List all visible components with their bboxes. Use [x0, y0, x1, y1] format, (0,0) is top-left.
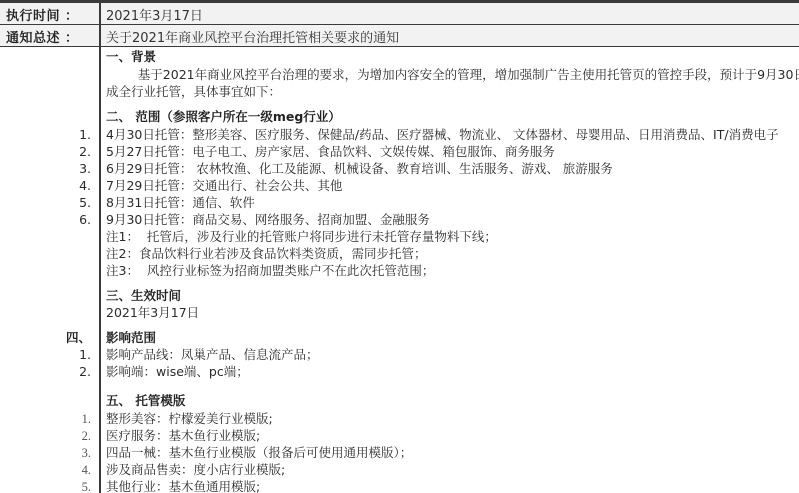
- scope-item-number: 5.: [79, 195, 91, 211]
- summary-value: 关于2021年商业风控平台治理托管相关要求的通知: [106, 27, 399, 46]
- scope-item-number: 2.: [79, 144, 91, 160]
- impact-item: 影响端：wise端、pc端；: [106, 364, 249, 380]
- scope-note: 注3： 风控行业标签为招商加盟类账户不在此次托管范围；: [106, 263, 434, 279]
- scope-item: 4月30日托管：整形美容、医疗服务、保健品/药品、医疗器械、物流业、 文体器材、…: [106, 127, 779, 143]
- column-divider: [99, 3, 101, 493]
- exec-time-value: 2021年3月17日: [106, 5, 203, 24]
- scope-item: 6月29日托管： 农林牧渔、化工及能源、机械设备、教育培训、生活服务、游戏、 旅…: [106, 161, 613, 177]
- template-item-number: 2.: [82, 428, 91, 444]
- template-item-number: 5.: [82, 479, 91, 493]
- section-scope-title: 二、 范围（参照客户所在一级meg行业）: [106, 109, 341, 125]
- section-impact-title: 影响范围: [106, 330, 156, 346]
- impact-item-number: 1.: [79, 347, 91, 363]
- background-paragraph-line1: 基于2021年商业风控平台治理的要求，为增加内容安全的管理，增加强制广告主使用托…: [106, 67, 799, 83]
- template-item: 涉及商品售卖：度小店行业模版;: [106, 462, 285, 478]
- template-item-number: 1.: [82, 411, 91, 427]
- scope-item-number: 1.: [79, 127, 91, 143]
- summary-row: 通知总述 ： 关于2021年商业风控平台治理托管相关要求的通知: [0, 25, 799, 47]
- scope-item-number: 3.: [79, 161, 91, 177]
- template-item: 医疗服务：基木鱼行业模版;: [106, 428, 260, 444]
- summary-label: 通知总述 ：: [6, 27, 79, 46]
- scope-item: 7月29日托管：交通出行、社会公共、其他: [106, 178, 342, 194]
- scope-note: 注2：食品饮料行业若涉及食品饮料类资质，需同步托管；: [106, 246, 426, 262]
- exec-time-row: 执行时间 ： 2021年3月17日: [0, 3, 799, 25]
- exec-time-label: 执行时间 ：: [6, 5, 79, 24]
- scope-note: 注1： 托管后，涉及行业的托管账户将同步进行未托管存量物料下线；: [106, 229, 497, 245]
- template-item-number: 3.: [82, 445, 91, 461]
- section-templates-title: 五、 托管模版: [106, 393, 185, 409]
- template-item: 其他行业：基木鱼通用模版;: [106, 479, 260, 493]
- impact-prefix: 四、: [66, 330, 91, 346]
- template-item-number: 4.: [82, 462, 91, 478]
- template-item: 四品一械：基木鱼行业模版（报备后可使用通用模版）；: [106, 445, 412, 461]
- impact-item-number: 2.: [79, 364, 91, 380]
- scope-item: 9月30日托管：商品交易、网络服务、招商加盟、金融服务: [106, 212, 430, 228]
- scope-item: 8月31日托管：通信、软件: [106, 195, 255, 211]
- section-background-title: 一、背景: [106, 49, 156, 65]
- scope-item-number: 4.: [79, 178, 91, 194]
- scope-item: 5月27日托管：电子电工、房产家居、食品饮料、文娱传媒、箱包服饰、商务服务: [106, 144, 555, 160]
- scope-item-number: 6.: [79, 212, 91, 228]
- template-item: 整形美容：柠檬爱美行业模版;: [106, 411, 273, 427]
- background-paragraph-line2: 成全行业托管，具体事宜如下：: [106, 84, 281, 100]
- section-effective-title: 三、生效时间: [106, 288, 181, 304]
- effective-date: 2021年3月17日: [106, 305, 199, 321]
- impact-item: 影响产品线：凤巢产品、信息流产品；: [106, 347, 319, 363]
